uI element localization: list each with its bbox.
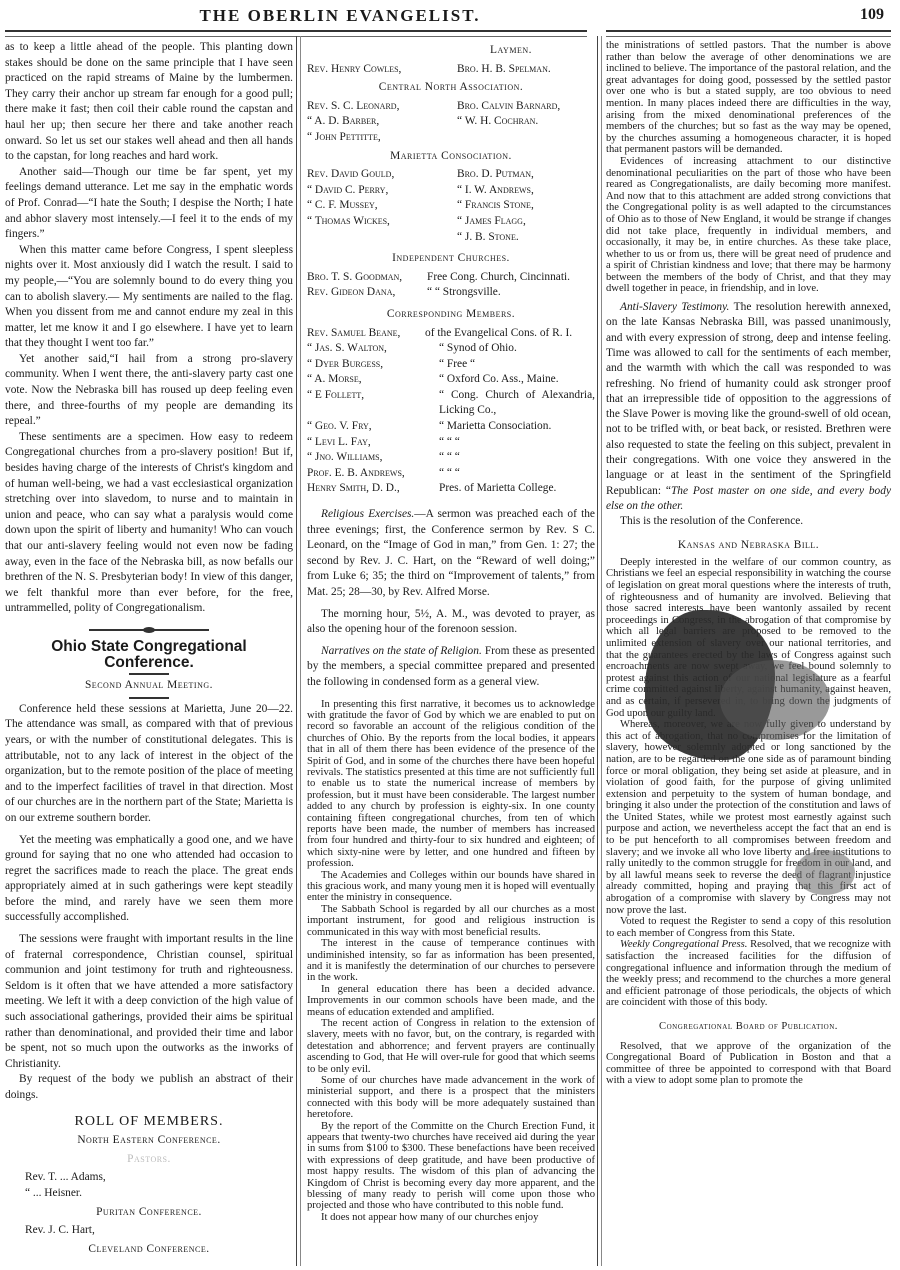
roster-row: “ Levi L. Fay,“ “ “ <box>307 435 595 451</box>
paragraph: The recent action of Congress in relatio… <box>307 1018 595 1075</box>
page-number: 109 <box>860 6 884 24</box>
column-divider-1 <box>296 36 301 1266</box>
roster-heading: Cleveland Conference. <box>5 1242 293 1258</box>
paragraph: Religious Exercises.—A sermon was preach… <box>307 507 595 601</box>
roster-row: “ Dyer Burgess,“ Free “ <box>307 357 595 373</box>
column-2: Laymen. Rev. Henry Cowles, Bro. H. B. Sp… <box>307 40 595 1223</box>
roster-subheading: Pastors. <box>5 1152 293 1168</box>
paragraph: The sessions were fraught with important… <box>5 932 293 1072</box>
roster-heading: Corresponding Members. <box>307 307 595 323</box>
paragraph: Another said—Though our time be far spen… <box>5 165 293 243</box>
roster-row: “ A. D. Barber,“ W. H. Cochran. <box>307 114 595 130</box>
narrative-block: In presenting this first narrative, it b… <box>307 699 595 1224</box>
roster-line: “ ... Heisner. <box>5 1186 293 1202</box>
roster-heading: Central North Association. <box>307 80 595 96</box>
paragraph: Narratives on the state of Religion. Fro… <box>307 644 595 691</box>
roster-line: Rev. J. C. Hart, <box>5 1223 293 1239</box>
roster-heading: Puritan Conference. <box>5 1205 293 1221</box>
roster-row: “ E Follett,“ Cong. Church of Alexandria… <box>307 388 595 419</box>
roster-row: “ C. F. Mussey,“ Francis Stone, <box>307 198 595 214</box>
paragraph: The Academies and Colleges within our bo… <box>307 870 595 904</box>
paragraph: When this matter came before Congress, I… <box>5 243 293 352</box>
paragraph: Yet the meeting was emphatically a good … <box>5 833 293 927</box>
roster-row: Henry Smith, D. D.,Pres. of Marietta Col… <box>307 481 595 497</box>
roster-row: “ J. B. Stone. <box>307 230 595 246</box>
paragraph: Weekly Congregational Press. Resolved, t… <box>606 939 891 1009</box>
roster-line: Rev. T. ... Adams, <box>5 1170 293 1186</box>
section-ornament <box>89 629 209 631</box>
paragraph: These sentiments are a specimen. How eas… <box>5 430 293 617</box>
paragraph: the ministrations of settled pastors. Th… <box>606 40 891 156</box>
roster-heading: Laymen. <box>307 43 595 59</box>
paragraph: The interest in the cause of temperance … <box>307 938 595 984</box>
roster-row: Rev. Samuel Beane,of the Evangelical Con… <box>307 326 595 342</box>
paragraph: The morning hour, 5½, A. M., was devoted… <box>307 607 595 638</box>
paragraph: It does not appear how many of our churc… <box>307 1212 595 1223</box>
paragraph: In general education there has been a de… <box>307 984 595 1018</box>
paragraph: Evidences of increasing attachment to ou… <box>606 156 891 295</box>
masthead: THE OBERLIN EVANGELIST. 109 <box>0 0 900 32</box>
roster-heading: Independent Churches. <box>307 251 595 267</box>
roster-row: Prof. E. B. Andrews,“ “ “ <box>307 466 595 482</box>
resolution-heading: Kansas and Nebraska Bill. <box>606 538 891 553</box>
roster-row: Rev. David Gould,Bro. D. Putman, <box>307 167 595 183</box>
run-in-heading: Narratives on the state of Religion. <box>321 645 482 657</box>
paragraph: Conference held these sessions at Mariet… <box>5 702 293 827</box>
paragraph: By request of the body we publish an abs… <box>5 1072 293 1103</box>
paragraph: Some of our churches have made advanceme… <box>307 1075 595 1121</box>
article-title: Ohio State Congregational Conference. <box>5 639 293 670</box>
paragraph: Voted to request the Register to send a … <box>606 916 891 939</box>
paragraph: By the report of the Committe on the Chu… <box>307 1121 595 1212</box>
roster-row: Rev. Henry Cowles, Bro. H. B. Spelman. <box>307 62 595 78</box>
paragraph: Anti-Slavery Testimony. The resolution h… <box>606 300 891 514</box>
column-divider-2 <box>597 36 602 1266</box>
article-subtitle: Second Annual Meeting. <box>5 678 293 694</box>
run-in-heading: Weekly Congregational Press. <box>620 939 747 950</box>
ink-stain <box>720 660 830 740</box>
roster-row: “ A. Morse,“ Oxford Co. Ass., Maine. <box>307 372 595 388</box>
paragraph: Yet another said,“I hail from a strong p… <box>5 352 293 430</box>
paragraph: Resolved, that we approve of the organiz… <box>606 1041 891 1087</box>
roster-row: “ Jas. S. Walton,“ Synod of Ohio. <box>307 341 595 357</box>
title-rule <box>129 673 169 675</box>
paragraph: In presenting this first narrative, it b… <box>307 699 595 870</box>
run-in-heading: Anti-Slavery Testimony. <box>620 301 729 313</box>
roster-row: “ Thomas Wickes,“ James Flagg, <box>307 214 595 230</box>
column-1: as to keep a little ahead of the people.… <box>5 40 293 1260</box>
roster-heading: North Eastern Conference. <box>5 1133 293 1149</box>
roster-row: “ David C. Perry,“ I. W. Andrews, <box>307 183 595 199</box>
roster-row: Rev. Gideon Dana,“ “ Strongsville. <box>307 285 595 301</box>
header-rule-right <box>606 30 891 37</box>
column-3: the ministrations of settled pastors. Th… <box>606 40 891 1087</box>
roster-row: “ John Pettitte, <box>307 130 595 146</box>
paragraph: This is the resolution of the Conference… <box>606 514 891 529</box>
paragraph: as to keep a little ahead of the people.… <box>5 40 293 165</box>
roster-row: Rev. S. C. Leonard,Bro. Calvin Barnard, <box>307 99 595 115</box>
run-in-heading: Religious Exercises. <box>321 508 414 520</box>
paragraph: The Sabbath School is regarded by all ou… <box>307 904 595 938</box>
resolution-heading: Congregational Board of Publication. <box>606 1021 891 1033</box>
subtitle-rule <box>129 697 169 699</box>
roster-row: “ Geo. V. Fry,“ Marietta Consociation. <box>307 419 595 435</box>
ink-stain <box>795 850 855 895</box>
roster-row: “ Jno. Williams,“ “ “ <box>307 450 595 466</box>
roll-of-members-heading: ROLL OF MEMBERS. <box>5 1114 293 1130</box>
anti-slavery-block: Anti-Slavery Testimony. The resolution h… <box>606 300 891 553</box>
roster-row: Bro. T. S. Goodman,Free Cong. Church, Ci… <box>307 270 595 286</box>
newspaper-title: THE OBERLIN EVANGELIST. <box>0 6 680 26</box>
roster-heading: Marietta Consociation. <box>307 149 595 165</box>
